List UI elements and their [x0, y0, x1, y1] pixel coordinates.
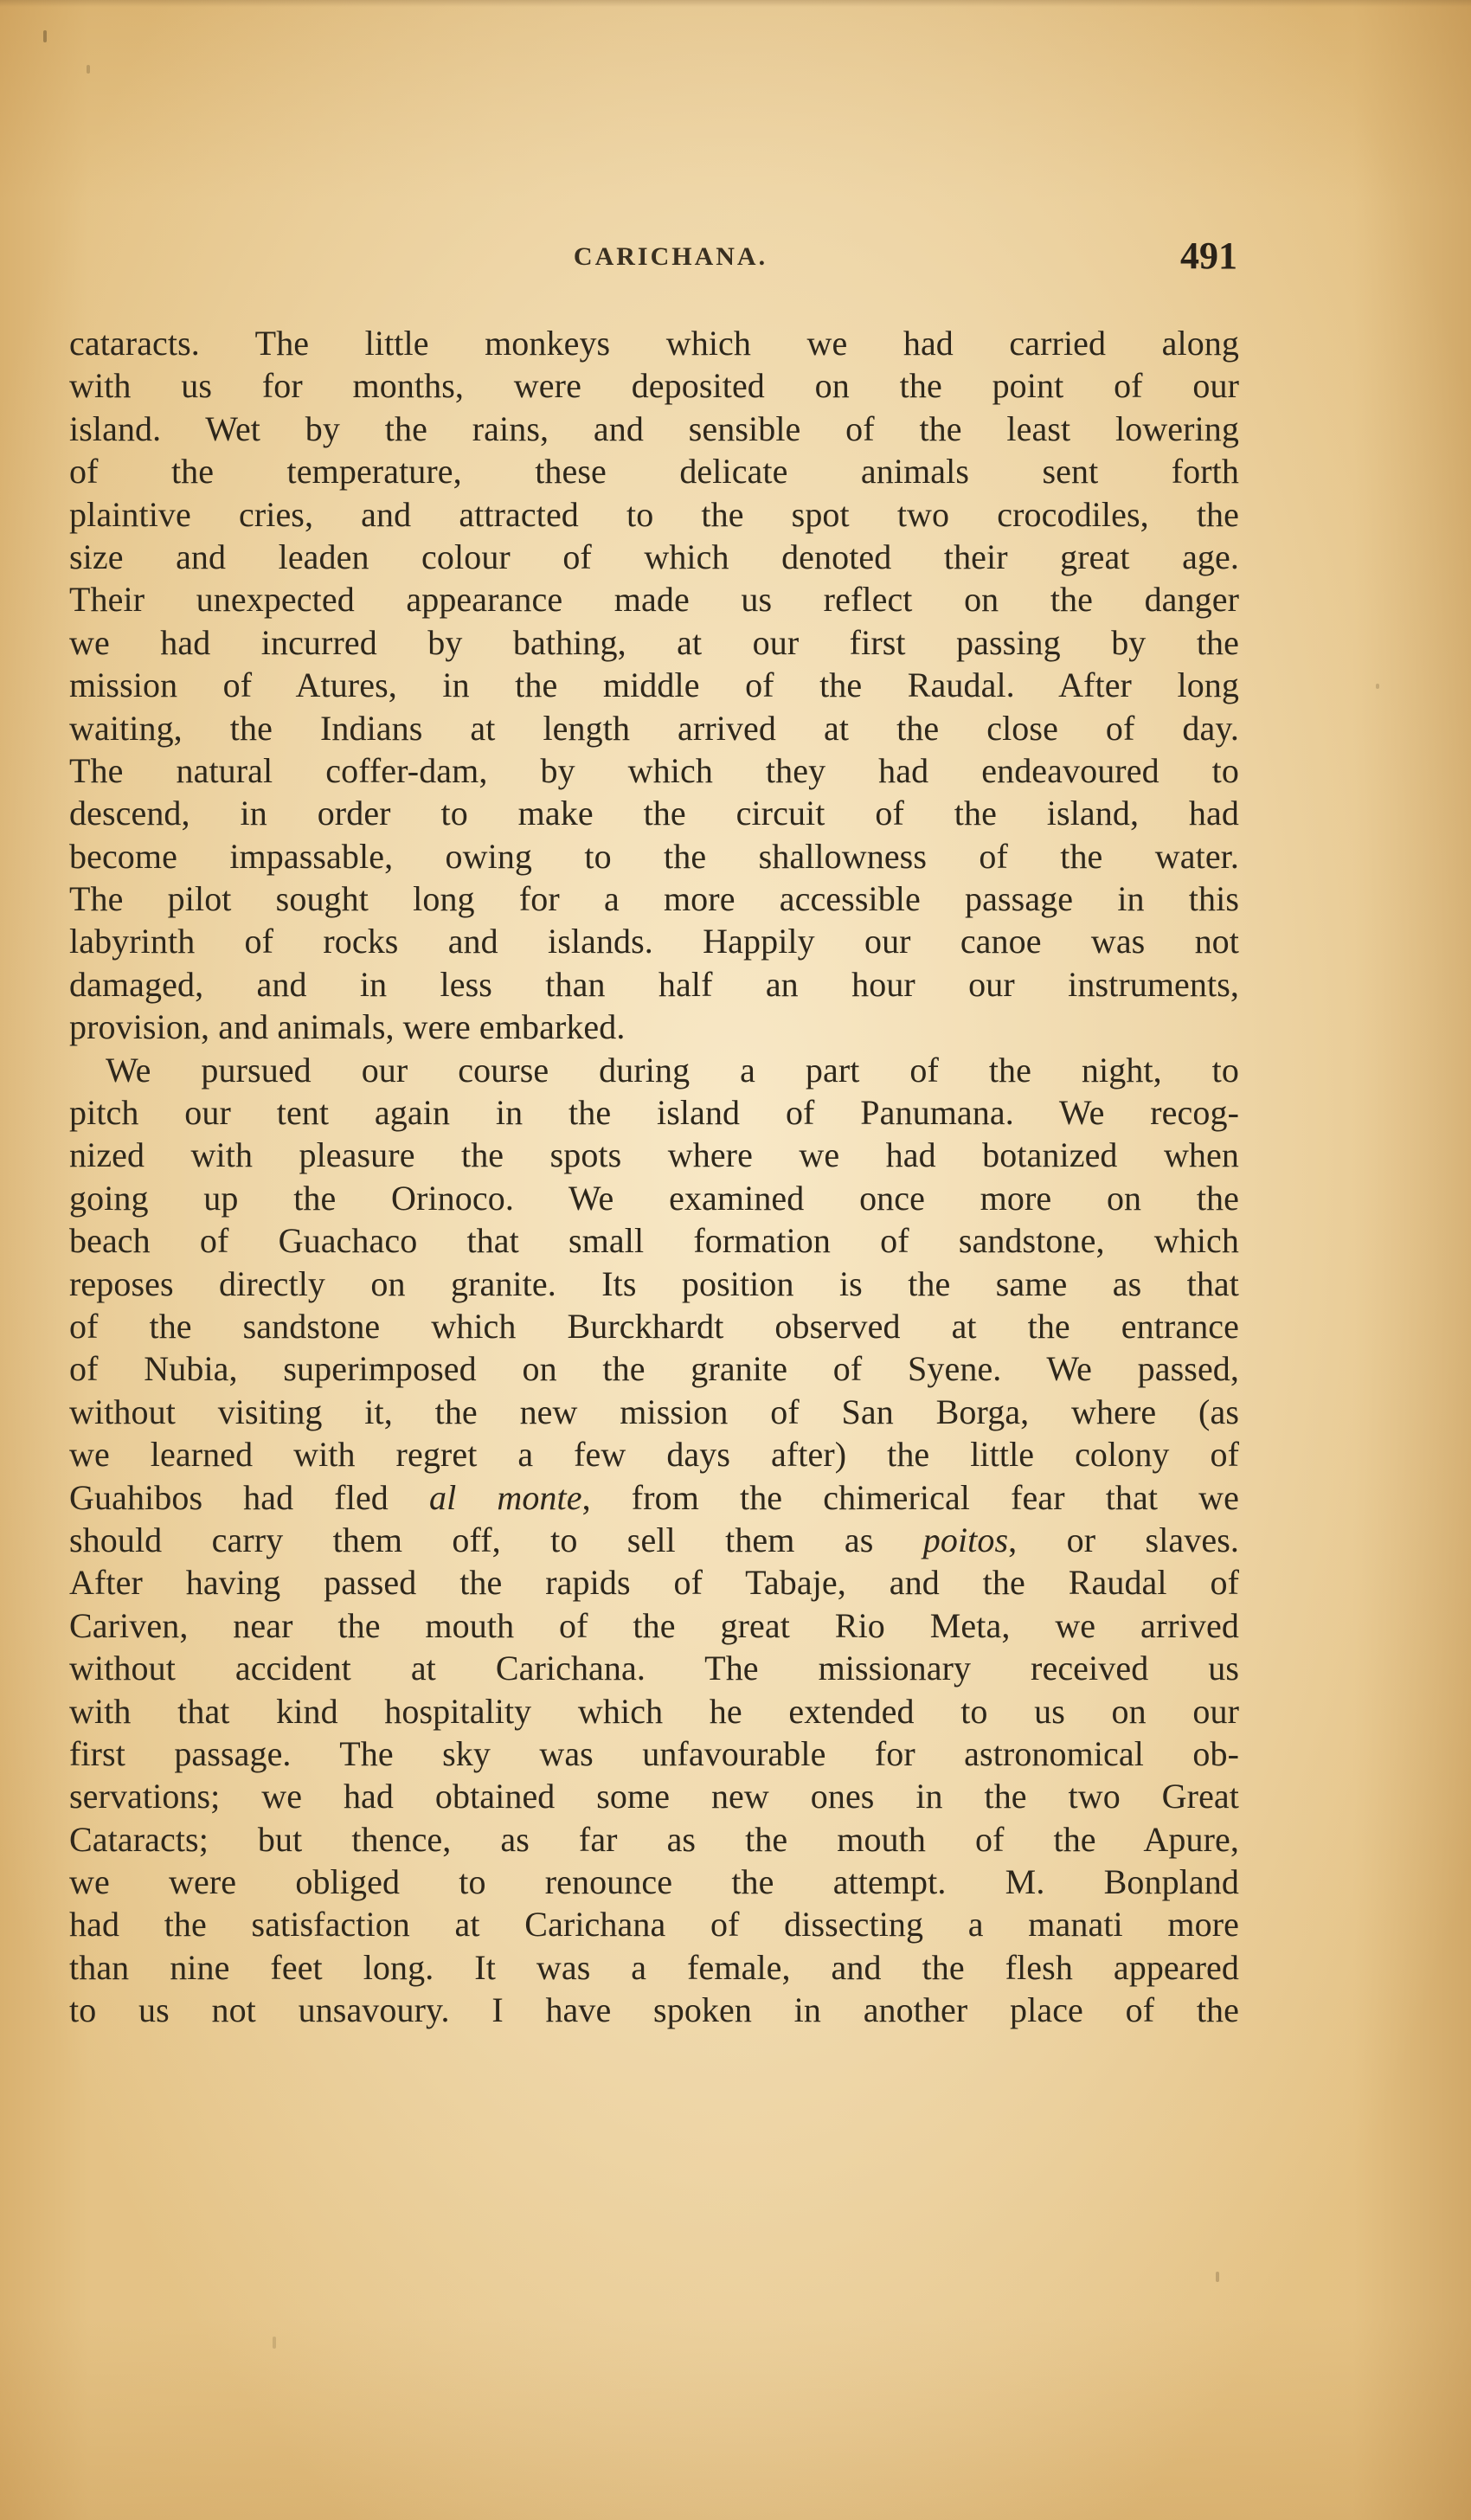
text-line: beach of Guachaco that small formation o… [69, 1219, 1239, 1262]
text-fragment: , from the chimerical fear that we [582, 1478, 1239, 1517]
text-line: with us for months, were deposited on th… [69, 364, 1239, 407]
italic-phrase: al monte [429, 1478, 582, 1517]
text-line: to us not unsavoury. I have spoken in an… [69, 1989, 1239, 2031]
running-head: CARICHANA. 491 [69, 234, 1237, 286]
text-fragment: should carry them off, to sell them as [69, 1520, 923, 1559]
text-line: size and leaden colour of which denoted … [69, 536, 1239, 578]
page-top-edge-shadow [0, 0, 1471, 7]
book-page: CARICHANA. 491 cataracts. The little mon… [0, 0, 1471, 2520]
text-line: plaintive cries, and attracted to the sp… [69, 493, 1239, 536]
text-line: of the temperature, these delicate anima… [69, 450, 1239, 492]
text-fragment: , or slaves. [1008, 1520, 1239, 1559]
text-line: had the satisfaction at Carichana of dis… [69, 1903, 1239, 1945]
text-line: Their unexpected appearance made us refl… [69, 578, 1239, 620]
text-line: with that kind hospitality which he exte… [69, 1690, 1239, 1732]
text-line: we learned with regret a few days after)… [69, 1433, 1239, 1475]
paper-speck [273, 2337, 276, 2349]
paper-speck [87, 65, 90, 74]
italic-phrase: poitos [923, 1520, 1008, 1559]
body-text: cataracts. The little monkeys which we h… [69, 322, 1239, 2032]
text-line: pitch our tent again in the island of Pa… [69, 1091, 1239, 1134]
page-number: 491 [1180, 234, 1237, 278]
text-line: of the sandstone which Burckhardt observ… [69, 1305, 1239, 1347]
text-line: After having passed the rapids of Tabaje… [69, 1561, 1239, 1604]
text-line: nized with pleasure the spots where we h… [69, 1134, 1239, 1176]
text-line: cataracts. The little monkeys which we h… [69, 322, 1239, 364]
text-line: Cariven, near the mouth of the great Rio… [69, 1604, 1239, 1647]
text-line: The pilot sought long for a more accessi… [69, 877, 1239, 920]
paragraph-start-line: We pursued our course during a part of t… [69, 1049, 1239, 1091]
text-line: mission of Atures, in the middle of the … [69, 664, 1239, 706]
text-line: reposes directly on granite. Its positio… [69, 1263, 1239, 1305]
paper-speck [43, 30, 47, 42]
paper-speck [1216, 2272, 1219, 2282]
text-line: The natural coffer-dam, by which they ha… [69, 749, 1239, 792]
text-line-with-italic: Guahibos had fled al monte, from the chi… [69, 1476, 1239, 1519]
text-line: we had incurred by bathing, at our first… [69, 621, 1239, 664]
text-line: going up the Orinoco. We examined once m… [69, 1177, 1239, 1219]
text-line: we were obliged to renounce the attempt.… [69, 1861, 1239, 1903]
text-line: damaged, and in less than half an hour o… [69, 963, 1239, 1006]
text-line: servations; we had obtained some new one… [69, 1775, 1239, 1817]
text-line: without accident at Carichana. The missi… [69, 1647, 1239, 1689]
paragraph-end-line: provision, and animals, were embarked. [69, 1006, 1239, 1048]
text-line: first passage. The sky was unfavourable … [69, 1732, 1239, 1775]
text-line: than nine feet long. It was a female, an… [69, 1946, 1239, 1989]
text-line: without visiting it, the new mission of … [69, 1391, 1239, 1433]
text-fragment: Guahibos had fled [69, 1478, 429, 1517]
text-line: island. Wet by the rains, and sensible o… [69, 408, 1239, 450]
text-line-with-italic: should carry them off, to sell them as p… [69, 1519, 1239, 1561]
text-line: waiting, the Indians at length arrived a… [69, 707, 1239, 749]
text-line: become impassable, owing to the shallown… [69, 835, 1239, 877]
text-line: descend, in order to make the circuit of… [69, 792, 1239, 834]
text-line: of Nubia, superimposed on the granite of… [69, 1347, 1239, 1390]
paper-speck [1376, 684, 1379, 689]
text-line: Cataracts; but thence, as far as the mou… [69, 1818, 1239, 1861]
text-line: labyrinth of rocks and islands. Happily … [69, 920, 1239, 962]
running-title: CARICHANA. [69, 242, 1237, 272]
